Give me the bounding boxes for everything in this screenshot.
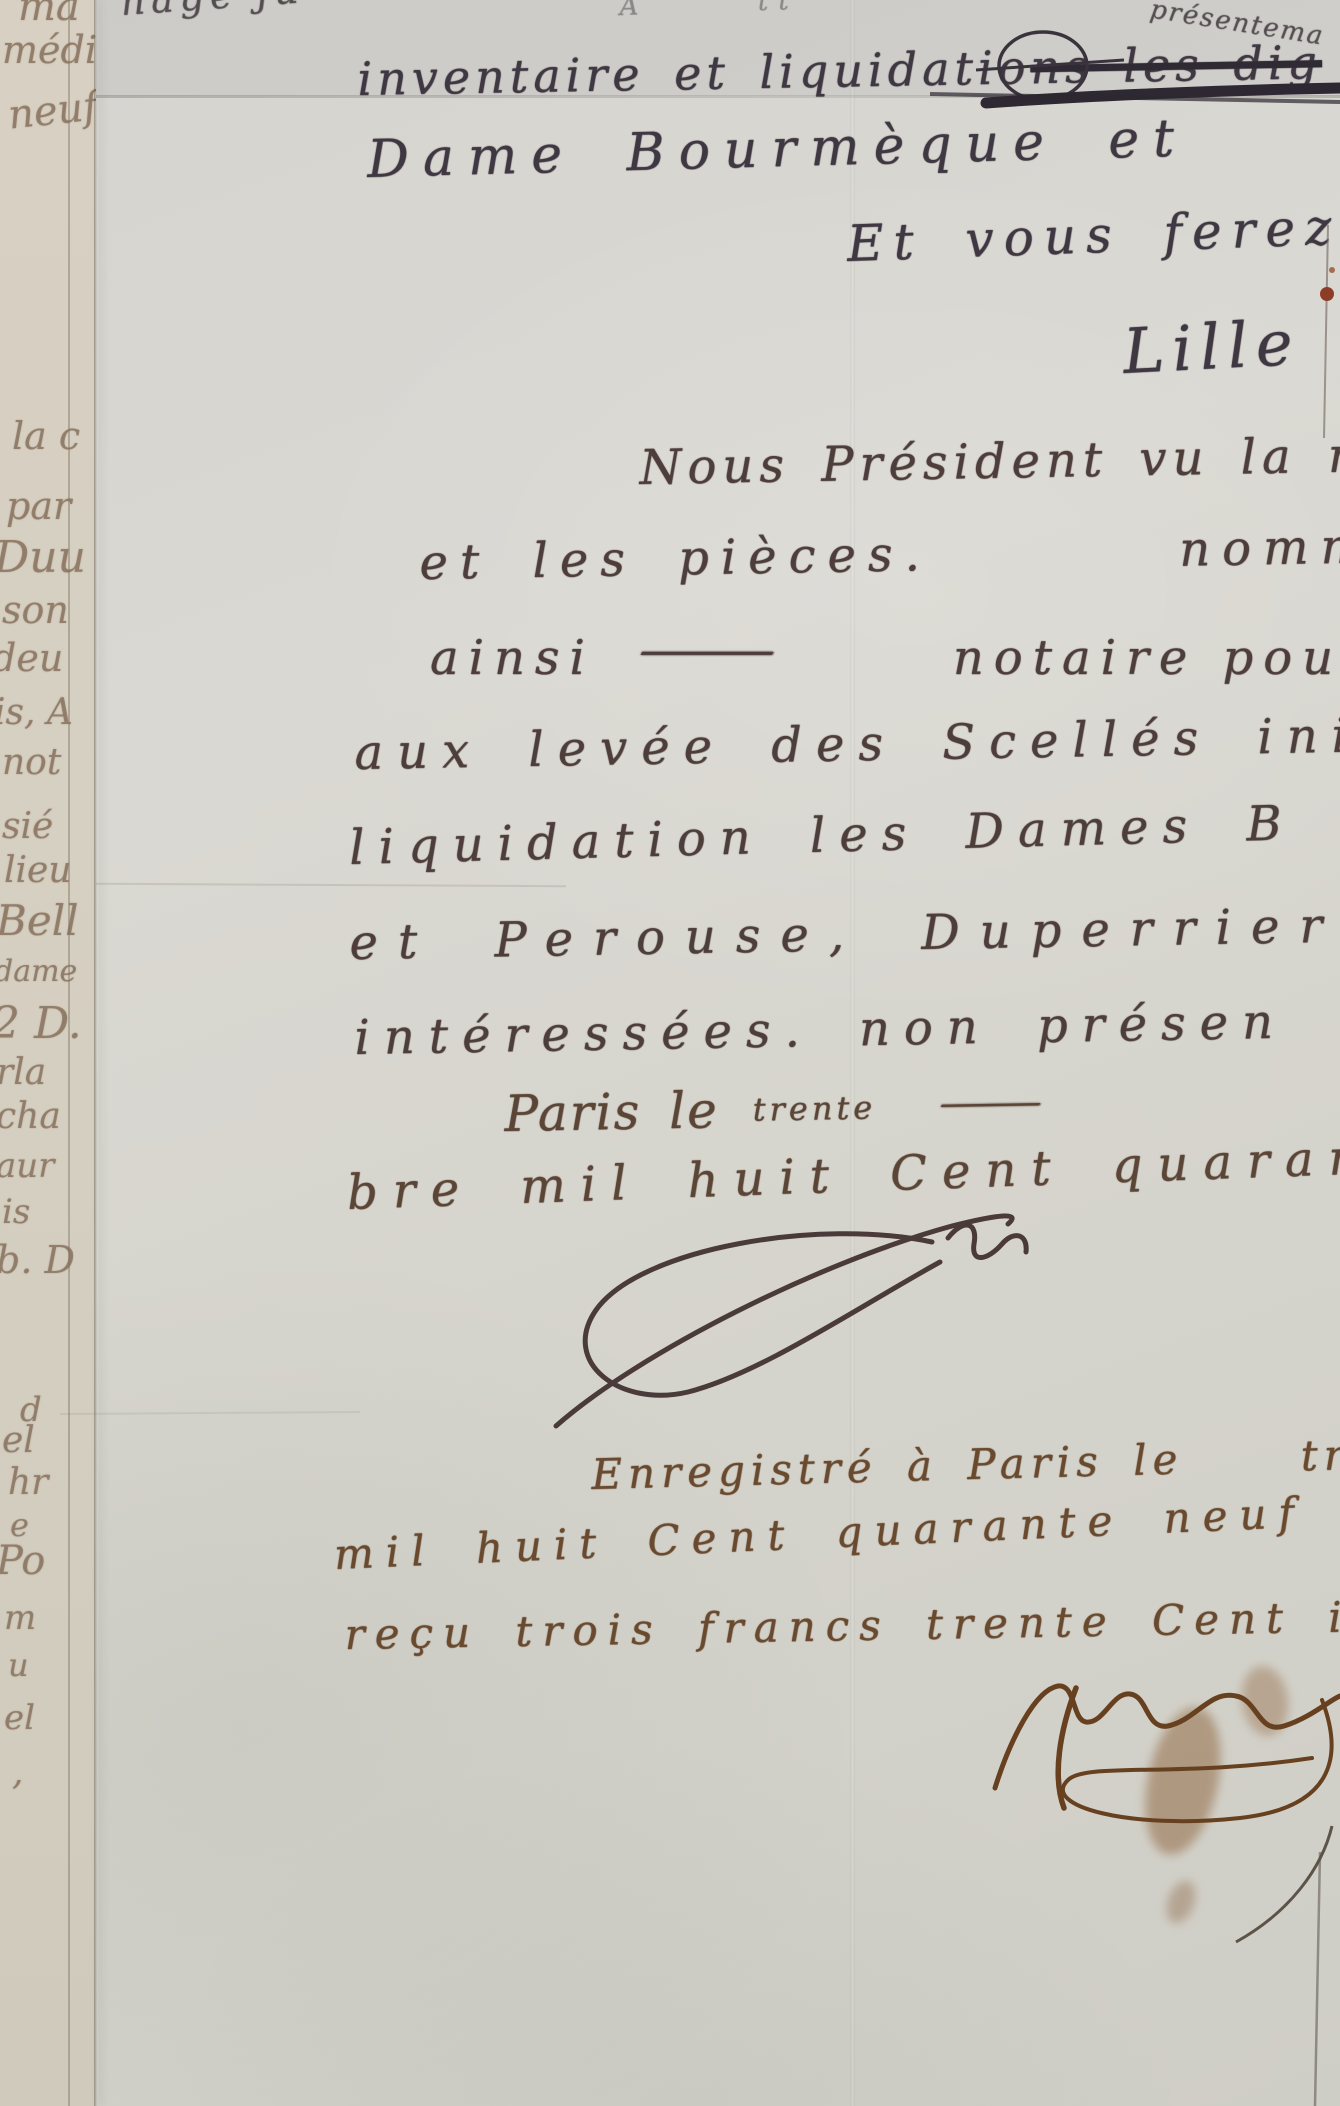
ink-smudge — [1161, 1877, 1200, 1927]
registration-line-2: mil huit Cent quarante neuf fo — [333, 1483, 1340, 1579]
left-page-text-fragment: sié — [2, 806, 53, 847]
page-edge-line — [1324, 225, 1328, 438]
body-line-3: ainsi—notaire pou — [430, 630, 1340, 686]
strikethrough-text: ns les dig — [1030, 35, 1323, 94]
left-page-text-fragment: m — [4, 1598, 36, 1638]
left-page-text-fragment: par — [6, 484, 71, 528]
heading-line-2: Dame Bourmèque et — [366, 109, 1188, 190]
document-photo: ma médis neuf la c par Duu son deu is, A… — [0, 0, 1340, 2106]
left-page-strip: ma médis neuf la c par Duu son deu is, A… — [0, 0, 96, 2106]
body-line-3-word: notaire pou — [953, 630, 1340, 686]
heading-line-4: Lille — [1121, 306, 1302, 388]
left-page-text-fragment: el — [4, 1698, 35, 1738]
left-page-text-fragment: rla — [0, 1052, 46, 1093]
ink-smudge — [1133, 1700, 1233, 1861]
left-page-text-fragment: deu — [0, 636, 63, 680]
left-page-text-fragment: médis — [2, 28, 96, 72]
left-page-text-fragment: aur — [0, 1146, 54, 1186]
red-wax-dot — [1320, 287, 1334, 301]
left-page-text-fragment: ma — [18, 0, 80, 30]
dateline-day-word: trente — [752, 1089, 876, 1129]
left-page-text-fragment: son — [2, 588, 69, 632]
body-line-5: liquidation les Dames B — [349, 795, 1297, 876]
left-page-text-fragment: , — [12, 1752, 23, 1793]
body-line-2: et les pièces. nommons — [419, 516, 1340, 591]
left-page-text-fragment: el — [2, 1420, 35, 1461]
registration-line-1: Enregistré à Paris le tre — [591, 1429, 1340, 1499]
page-edge-line — [94, 0, 98, 2106]
body-line-6: et Perouse, Duperrier — [349, 898, 1340, 971]
dateline-place: Paris le — [504, 1081, 719, 1143]
body-line-7: intéressées. non présen — [354, 994, 1287, 1066]
dateline: Paris letrente— — [504, 1077, 975, 1143]
left-page-text-fragment: Bell — [0, 896, 79, 945]
long-dash-stroke: — — [635, 622, 809, 678]
fold-crease — [96, 883, 566, 887]
left-page-text-fragment: not — [2, 742, 61, 783]
left-page-text-fragment: u — [8, 1646, 29, 1684]
ink-smudge — [1237, 1663, 1292, 1739]
page-edge-line — [68, 0, 70, 2106]
left-page-text-fragment: lieu — [4, 850, 72, 891]
left-page-text-fragment: cha — [0, 1096, 61, 1137]
long-dash-stroke: — — [936, 1081, 1051, 1124]
left-page-text-fragment: is — [2, 1192, 30, 1232]
registration-line-3: reçu trois francs trente Cent i — [344, 1592, 1340, 1659]
left-page-text-fragment: Po — [0, 1538, 45, 1584]
pen-stroke — [1236, 1826, 1332, 1942]
left-page-text-fragment: is, A — [0, 692, 73, 733]
left-page-text-fragment: Duu — [0, 532, 86, 583]
left-page-text-fragment: hr — [8, 1462, 48, 1503]
red-wax-dot — [1329, 267, 1335, 273]
left-page-text-fragment: b. D — [0, 1238, 75, 1282]
body-line-3-word: ainsi — [430, 630, 595, 686]
page-edge-line — [1315, 1852, 1320, 2106]
fold-crease — [60, 1411, 360, 1415]
body-line-1: Nous Président vu la requ — [639, 426, 1340, 496]
dateline-line-2: bre mil huit Cent quaran — [346, 1129, 1340, 1221]
signature-flourish — [556, 1216, 1026, 1426]
left-page-text-fragment: neuf — [6, 83, 96, 138]
body-line-4: aux levée des Scellés ini — [354, 707, 1340, 781]
left-page-text-fragment: dame — [0, 954, 77, 989]
heading-line-3: Et vous ferez — [846, 198, 1340, 273]
